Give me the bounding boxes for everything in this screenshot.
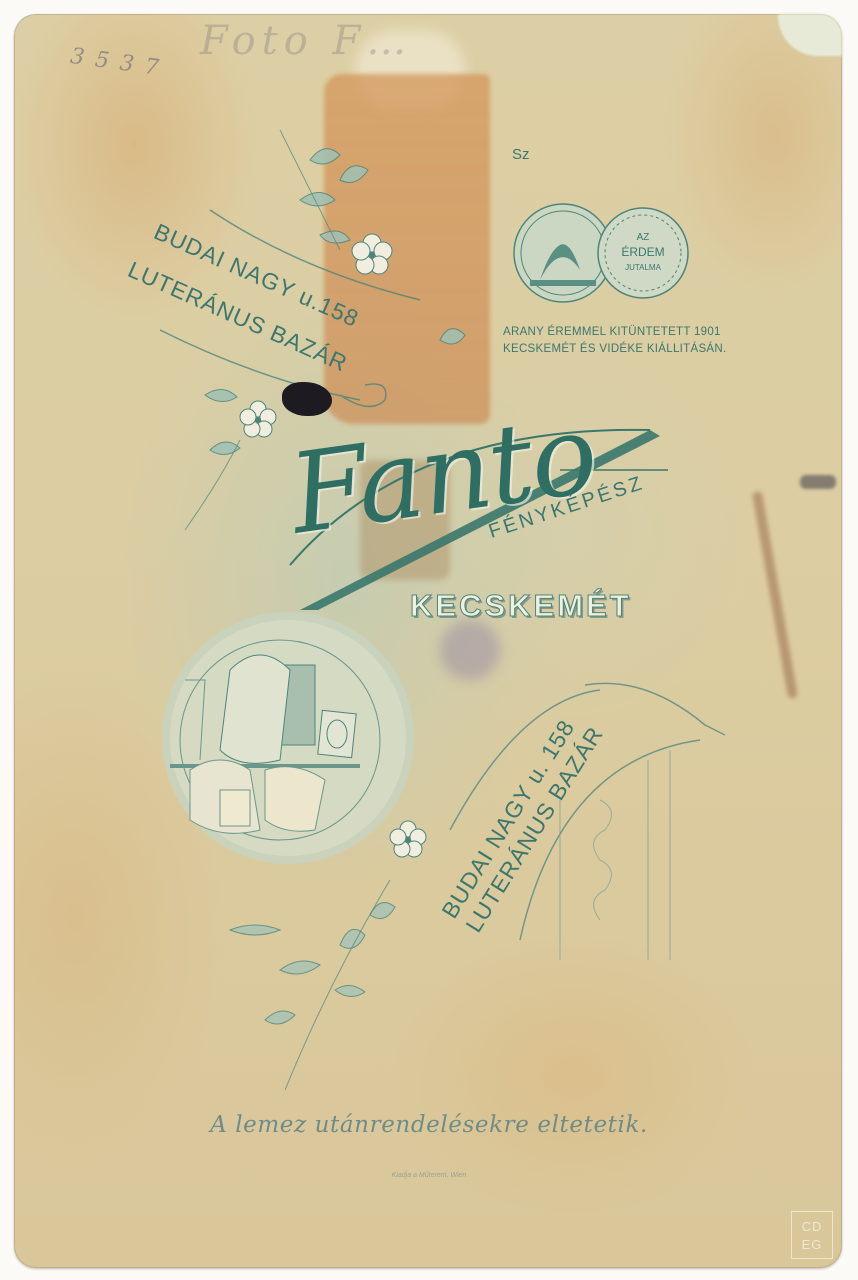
camera-illustration — [166, 616, 410, 860]
studio-city: KECSKEMÉT — [410, 588, 632, 624]
watermark: CD EG — [791, 1211, 833, 1259]
svg-text:JUTALMA: JUTALMA — [625, 263, 662, 272]
corner-mark: Sz — [512, 146, 530, 163]
pencil-signature: Foto F… — [200, 18, 412, 64]
ink-blot — [282, 382, 332, 416]
watermark-line2: EG — [792, 1236, 832, 1254]
photo-frame-icon — [318, 710, 356, 757]
svg-text:ÉRDEM: ÉRDEM — [621, 244, 664, 259]
decorative-artwork: AZ ÉRDEM JUTALMA — [0, 0, 858, 1280]
printer-mark: Kiadja a Műterem, Wien — [0, 1172, 858, 1179]
svg-text:AZ: AZ — [637, 232, 650, 243]
medal-caption-line2: KECSKEMÉT ÉS VIDÉKE KIÁLLITÁSÁN. — [503, 341, 727, 358]
watermark-line1: CD — [792, 1218, 832, 1236]
leaf-spray — [230, 903, 395, 1025]
medal-right: AZ ÉRDEM JUTALMA — [598, 208, 688, 298]
medal-caption: ARANY ÉREMMEL KITÜNTETETT 1901 KECSKEMÉT… — [503, 324, 727, 358]
medal-caption-line1: ARANY ÉREMMEL KITÜNTETETT 1901 — [503, 324, 727, 341]
footer-note: A lemez utánrendelésekre eltetetik. — [0, 1112, 858, 1138]
